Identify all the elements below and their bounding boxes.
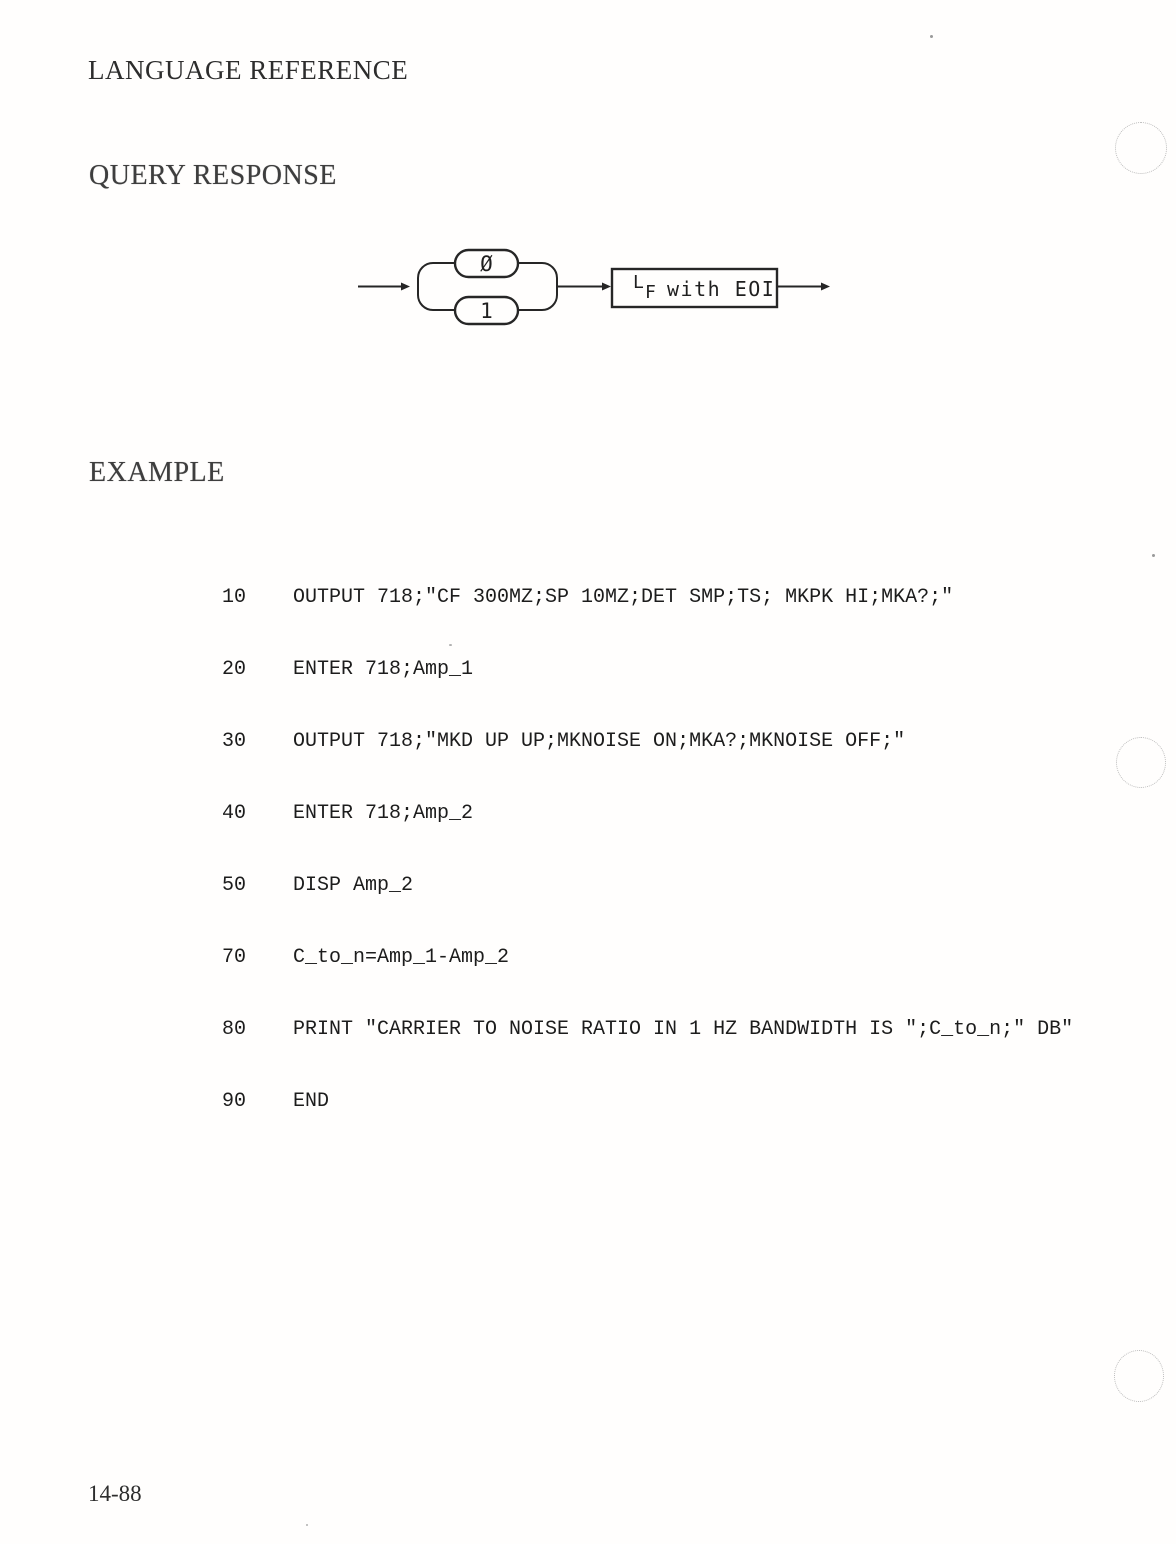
code-listing: 10OUTPUT 718;"CF 300MZ;SP 10MZ;DET SMP;T…: [222, 538, 1073, 1162]
lf-char-high: L: [633, 272, 644, 293]
syntax-diagram: Ø 1 L F with EOI: [350, 238, 840, 338]
code-line: 80PRINT "CARRIER TO NOISE RATIO IN 1 HZ …: [222, 1018, 1073, 1042]
code-line: 30OUTPUT 718;"MKD UP UP;MKNOISE ON;MKA?;…: [222, 730, 1073, 754]
code-line-number: 10: [222, 586, 293, 610]
code-line-text: ENTER 718;Amp_1: [293, 658, 473, 681]
code-line-number: 90: [222, 1090, 293, 1114]
code-line-text: END: [293, 1090, 329, 1113]
code-line-number: 40: [222, 802, 293, 826]
code-line-text: C_to_n=Amp_1-Amp_2: [293, 946, 509, 969]
code-line-number: 50: [222, 874, 293, 898]
code-line-text: OUTPUT 718;"CF 300MZ;SP 10MZ;DET SMP;TS;…: [293, 586, 953, 609]
doc-header: LANGUAGE REFERENCE: [88, 57, 408, 84]
scan-speck: [930, 35, 933, 38]
manual-page: LANGUAGE REFERENCE QUERY RESPONSE Ø 1 L …: [0, 0, 1176, 1544]
scan-speck: [449, 644, 452, 646]
code-line-text: PRINT "CARRIER TO NOISE RATIO IN 1 HZ BA…: [293, 1018, 1073, 1041]
connector-arrowhead-icon: [602, 283, 611, 291]
option-one-label: 1: [480, 299, 493, 323]
code-line: 90END: [222, 1090, 1073, 1114]
code-line-number: 80: [222, 1018, 293, 1042]
hole-punch-mark: [1115, 122, 1167, 174]
section-title-example: EXAMPLE: [89, 459, 225, 487]
terminator-box-label: with EOI: [667, 277, 775, 301]
section-title-query-response: QUERY RESPONSE: [89, 162, 337, 190]
scan-speck: [1152, 554, 1155, 557]
hole-punch-mark: [1114, 1350, 1164, 1402]
code-line-text: OUTPUT 718;"MKD UP UP;MKNOISE ON;MKA?;MK…: [293, 730, 905, 753]
code-line-number: 20: [222, 658, 293, 682]
code-line: 50DISP Amp_2: [222, 874, 1073, 898]
lf-char-low: F: [645, 282, 656, 303]
scan-speck: [306, 1524, 308, 1526]
entry-arrowhead-icon: [401, 283, 410, 291]
hole-punch-mark: [1116, 737, 1166, 788]
exit-arrowhead-icon: [821, 283, 830, 291]
code-line: 70C_to_n=Amp_1-Amp_2: [222, 946, 1073, 970]
option-zero-label: Ø: [480, 252, 493, 276]
code-line-text: DISP Amp_2: [293, 874, 413, 897]
code-line-number: 70: [222, 946, 293, 970]
code-line: 20ENTER 718;Amp_1: [222, 658, 1073, 682]
code-line: 10OUTPUT 718;"CF 300MZ;SP 10MZ;DET SMP;T…: [222, 586, 1073, 610]
code-line-number: 30: [222, 730, 293, 754]
code-line: 40ENTER 718;Amp_2: [222, 802, 1073, 826]
code-line-text: ENTER 718;Amp_2: [293, 802, 473, 825]
page-number: 14-88: [88, 1482, 142, 1505]
